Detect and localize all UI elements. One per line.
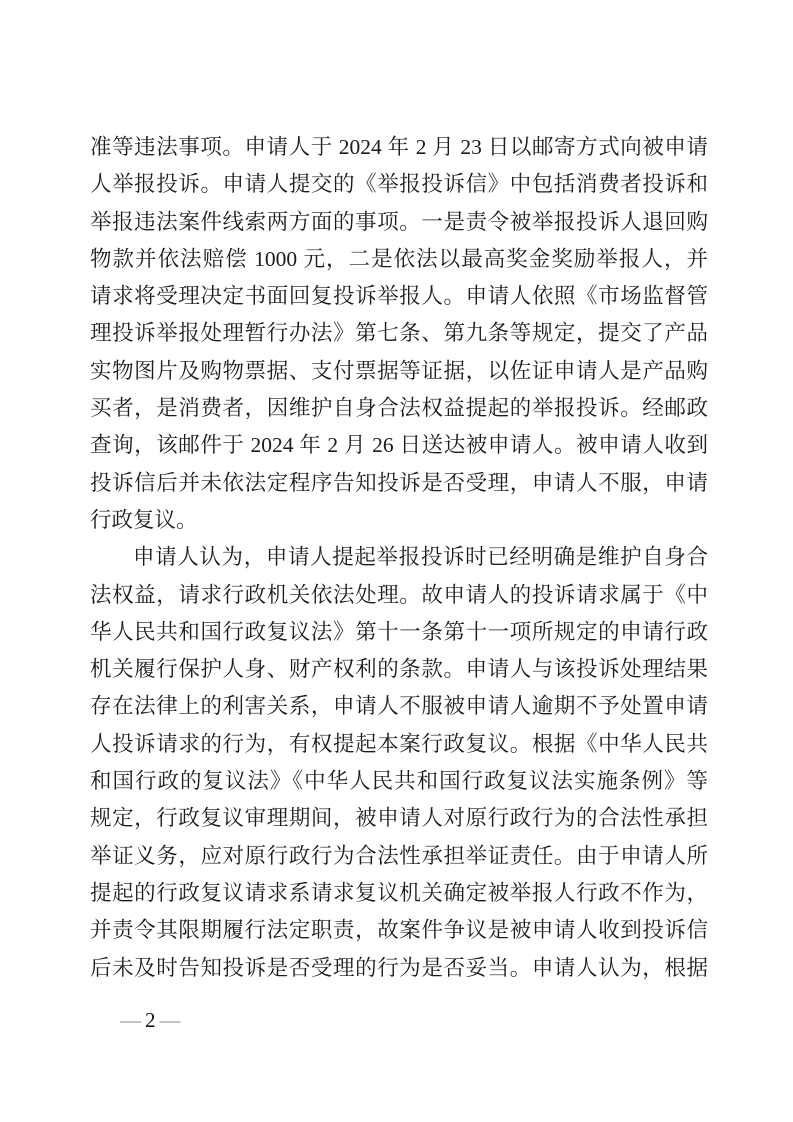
text-line: 人投诉请求的行为，有权提起本案行政复议。根据《中华人民共 bbox=[90, 726, 708, 763]
text-line: 规定，行政复议审理期间，被申请人对原行政行为的合法性承担 bbox=[90, 800, 708, 837]
page-number: —2— bbox=[120, 1006, 181, 1034]
text-line: 和国行政的复议法》《中华人民共和国行政复议法实施条例》等 bbox=[90, 763, 708, 800]
text-line: 后未及时告知投诉是否受理的行为是否妥当。申请人认为，根据 bbox=[90, 950, 708, 987]
document-page: 准等违法事项。申请人于 2024 年 2 月 23 日以邮寄方式向被申请人举报投… bbox=[0, 0, 793, 1122]
text-line: 实物图片及购物票据、支付票据等证据，以佐证申请人是产品购 bbox=[90, 353, 708, 390]
page-number-dash-left: — bbox=[120, 1008, 141, 1032]
text-line: 机关履行保护人身、财产权利的条款。申请人与该投诉处理结果 bbox=[90, 651, 708, 688]
text-line: 物款并依法赔偿 1000 元，二是依法以最高奖金奖励举报人，并 bbox=[90, 241, 708, 278]
document-body: 准等违法事项。申请人于 2024 年 2 月 23 日以邮寄方式向被申请人举报投… bbox=[90, 129, 708, 987]
text-line: 提起的行政复议请求系请求复议机关确定被举报人行政不作为， bbox=[90, 875, 708, 912]
text-line: 并责令其限期履行法定职责，故案件争议是被申请人收到投诉信 bbox=[90, 912, 708, 949]
text-line: 查询，该邮件于 2024 年 2 月 26 日送达被申请人。被申请人收到 bbox=[90, 427, 708, 464]
text-line: 举证义务，应对原行政行为合法性承担举证责任。由于申请人所 bbox=[90, 838, 708, 875]
text-line: 举报违法案件线索两方面的事项。一是责令被举报投诉人退回购 bbox=[90, 204, 708, 241]
text-line: 买者，是消费者，因维护自身合法权益提起的举报投诉。经邮政 bbox=[90, 390, 708, 427]
text-line: 申请人认为，申请人提起举报投诉时已经明确是维护自身合 bbox=[90, 539, 708, 576]
text-line: 人举报投诉。申请人提交的《举报投诉信》中包括消费者投诉和 bbox=[90, 166, 708, 203]
text-line: 投诉信后并未依法定程序告知投诉是否受理，申请人不服，申请 bbox=[90, 465, 708, 502]
text-line: 行政复议。 bbox=[90, 502, 708, 539]
text-line: 存在法律上的利害关系，申请人不服被申请人逾期不予处置申请 bbox=[90, 688, 708, 725]
text-line: 法权益，请求行政机关依法处理。故申请人的投诉请求属于《中 bbox=[90, 577, 708, 614]
text-line: 请求将受理决定书面回复投诉举报人。申请人依照《市场监督管 bbox=[90, 278, 708, 315]
page-number-dash-right: — bbox=[160, 1008, 181, 1032]
text-line: 理投诉举报处理暂行办法》第七条、第九条等规定，提交了产品 bbox=[90, 315, 708, 352]
page-number-value: 2 bbox=[141, 1008, 160, 1032]
text-line: 准等违法事项。申请人于 2024 年 2 月 23 日以邮寄方式向被申请 bbox=[90, 129, 708, 166]
text-line: 华人民共和国行政复议法》第十一条第十一项所规定的申请行政 bbox=[90, 614, 708, 651]
